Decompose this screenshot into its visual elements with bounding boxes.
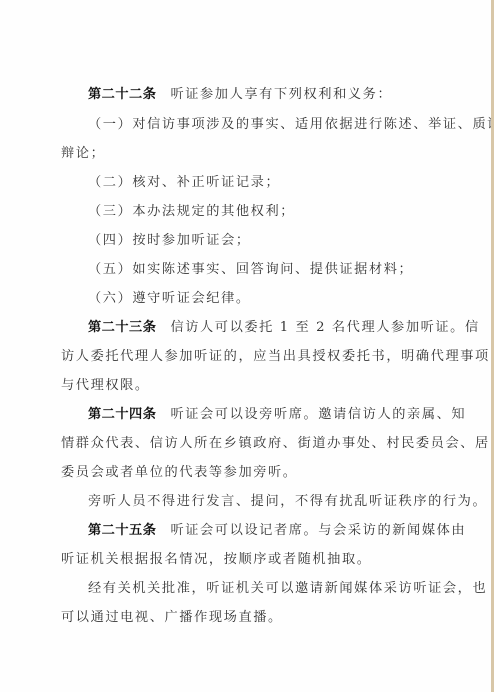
article-23-line: 第二十三条信访人可以委托 1 至 2 名代理人参加听证。信: [88, 319, 441, 337]
article-number: 第二十三条: [88, 320, 156, 335]
paragraph-line: 旁听人员不得进行发言、提问，不得有扰乱听证秩序的行为。: [88, 493, 441, 511]
article-text: 听证参加人享有下列权利和义务：: [170, 87, 392, 102]
paragraph-line: 与代理权限。: [61, 377, 441, 395]
article-number: 第二十二条: [88, 87, 156, 102]
list-item: （六）遵守听证会纪律。: [88, 290, 441, 308]
list-item: （三）本办法规定的其他权利；: [88, 203, 441, 221]
article-number: 第二十五条: [88, 523, 156, 538]
paragraph-line: 情群众代表、信访人所在乡镇政府、街道办事处、村民委员会、居民: [61, 435, 441, 453]
article-22-line: 第二十二条听证参加人享有下列权利和义务：: [88, 86, 441, 104]
article-text: 听证会可以设旁听席。邀请信访人的亲属、知: [170, 407, 466, 422]
paragraph-line: 听证机关根据报名情况，按顺序或者随机抽取。: [61, 551, 441, 569]
paragraph-line: 辩论；: [61, 145, 441, 163]
list-item: （五）如实陈述事实、回答询问、提供证据材料；: [88, 261, 441, 279]
article-25-line: 第二十五条听证会可以设记者席。与会采访的新闻媒体由: [88, 522, 441, 540]
list-item: （四）按时参加听证会；: [88, 232, 441, 250]
paragraph-line: 委员会或者单位的代表等参加旁听。: [61, 464, 441, 482]
paragraph-line: 可以通过电视、广播作现场直播。: [61, 609, 441, 627]
paragraph-line: 访人委托代理人参加听证的，应当出具授权委托书，明确代理事项: [61, 348, 441, 366]
list-item: （二）核对、补正听证记录；: [88, 174, 441, 192]
article-text: 信访人可以委托 1 至 2 名代理人参加听证。信: [170, 320, 479, 335]
document-page: 第二十二条听证参加人享有下列权利和义务： （一）对信访事项涉及的事实、适用依据进…: [0, 0, 491, 692]
article-number: 第二十四条: [88, 407, 156, 422]
paragraph-line: （一）对信访事项涉及的事实、适用依据进行陈述、举证、质证、: [88, 116, 441, 134]
article-text: 听证会可以设记者席。与会采访的新闻媒体由: [170, 523, 466, 538]
article-24-line: 第二十四条听证会可以设旁听席。邀请信访人的亲属、知: [88, 406, 441, 424]
paragraph-line: 经有关机关批准，听证机关可以邀请新闻媒体采访听证会，也: [88, 580, 441, 598]
